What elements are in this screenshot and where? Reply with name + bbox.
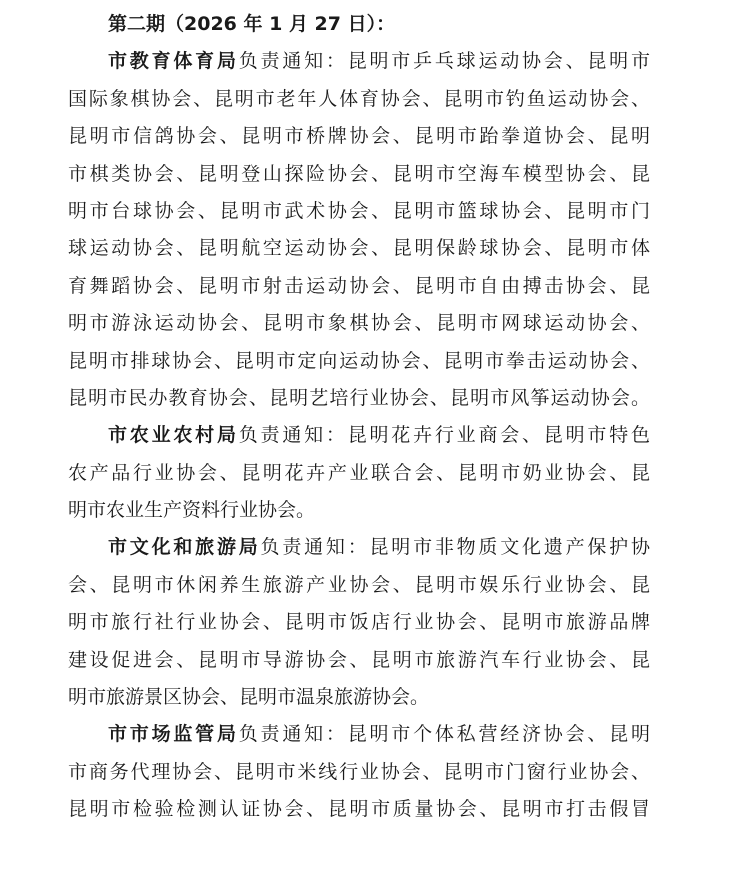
section-line: 明市台球协会、昆明市武术协会、昆明市篮球协会、昆明市门	[68, 193, 650, 230]
line-text: 昆明花卉行业商会、昆明市特色	[348, 424, 650, 446]
document-page: 第二期（2026 年 1 月 27 日）： 市教育体育局负责通知：昆明市乒乓球运…	[68, 6, 650, 829]
section-line: 明市游泳运动协会、昆明市象棋协会、昆明市网球运动协会、	[68, 305, 650, 342]
lead-text: 负责通知：	[239, 723, 348, 745]
section-education-sports: 市教育体育局负责通知：昆明市乒乓球运动协会、昆明市 国际象棋协会、昆明市老年人体…	[68, 43, 650, 417]
section-line: 国际象棋协会、昆明市老年人体育协会、昆明市钓鱼运动协会、	[68, 81, 650, 118]
lead-text: 负责通知：	[261, 536, 370, 558]
section-line: 球运动协会、昆明航空运动协会、昆明保龄球协会、昆明市体	[68, 230, 650, 267]
section-market-regulation: 市市场监管局负责通知：昆明市个体私营经济协会、昆明 市商务代理协会、昆明市米线行…	[68, 716, 650, 828]
section-first-line: 市文化和旅游局负责通知：昆明市非物质文化遗产保护协	[68, 529, 650, 566]
section-agriculture: 市农业农村局负责通知：昆明花卉行业商会、昆明市特色 农产品行业协会、昆明花卉产业…	[68, 417, 650, 529]
department-name: 市教育体育局	[108, 50, 239, 72]
section-culture-tourism: 市文化和旅游局负责通知：昆明市非物质文化遗产保护协 会、昆明市休闲养生旅游产业协…	[68, 529, 650, 716]
section-line: 会、昆明市休闲养生旅游产业协会、昆明市娱乐行业协会、昆	[68, 567, 650, 604]
lead-text: 负责通知：	[239, 50, 348, 72]
section-first-line: 市教育体育局负责通知：昆明市乒乓球运动协会、昆明市	[68, 43, 650, 80]
lead-text: 负责通知：	[239, 424, 348, 446]
line-text: 昆明市非物质文化遗产保护协	[369, 536, 649, 558]
section-line: 育舞蹈协会、昆明市射击运动协会、昆明市自由搏击协会、昆	[68, 268, 650, 305]
department-name: 市市场监管局	[108, 723, 239, 745]
department-name: 市文化和旅游局	[108, 536, 261, 558]
line-text: 昆明市乒乓球运动协会、昆明市	[348, 50, 650, 72]
section-line: 农产品行业协会、昆明花卉产业联合会、昆明市奶业协会、昆	[68, 455, 650, 492]
section-line: 昆明市检验检测认证协会、昆明市质量协会、昆明市打击假冒	[68, 791, 650, 828]
line-text: 昆明市个体私营经济协会、昆明	[348, 723, 650, 745]
section-line: 明市旅行社行业协会、昆明市饭店行业协会、昆明市旅游品牌	[68, 604, 650, 641]
section-line: 明市农业生产资料行业协会。	[68, 492, 650, 529]
section-first-line: 市市场监管局负责通知：昆明市个体私营经济协会、昆明	[68, 716, 650, 753]
section-first-line: 市农业农村局负责通知：昆明花卉行业商会、昆明市特色	[68, 417, 650, 454]
department-name: 市农业农村局	[108, 424, 239, 446]
period-heading-text: 第二期（2026 年 1 月 27 日）：	[108, 13, 395, 35]
section-line: 明市旅游景区协会、昆明市温泉旅游协会。	[68, 679, 650, 716]
section-line: 昆明市信鸽协会、昆明市桥牌协会、昆明市跆拳道协会、昆明	[68, 118, 650, 155]
section-line: 昆明市民办教育协会、昆明艺培行业协会、昆明市风筝运动协会。	[68, 380, 650, 417]
section-line: 建设促进会、昆明市导游协会、昆明市旅游汽车行业协会、昆	[68, 642, 650, 679]
section-line: 昆明市排球协会、昆明市定向运动协会、昆明市拳击运动协会、	[68, 343, 650, 380]
period-heading: 第二期（2026 年 1 月 27 日）：	[68, 6, 650, 43]
section-line: 市棋类协会、昆明登山探险协会、昆明市空海车模型协会、昆	[68, 156, 650, 193]
section-line: 市商务代理协会、昆明市米线行业协会、昆明市门窗行业协会、	[68, 754, 650, 791]
